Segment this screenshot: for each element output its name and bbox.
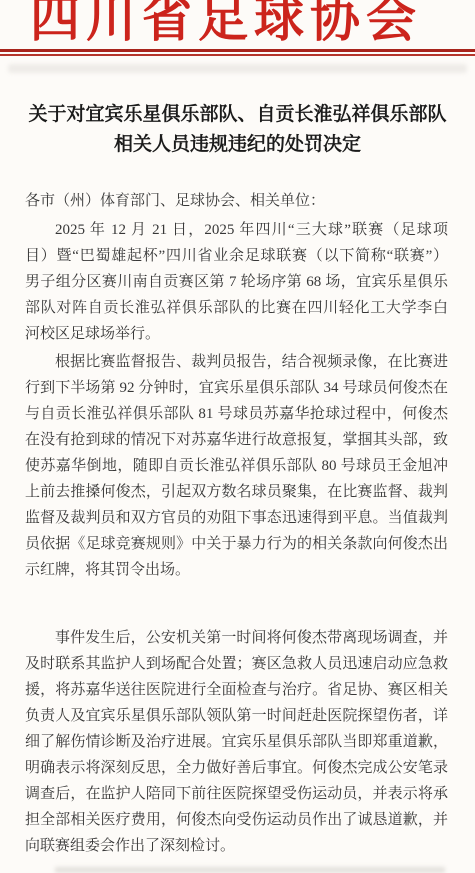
paragraph-1: 2025 年 12 月 21 日，2025 年四川“三大球”联赛（足球项 目）暨…	[25, 217, 448, 347]
body-line: 援，将苏嘉华送往医院进行全面检查与治疗。省足协、赛区相关	[25, 677, 448, 703]
rule-bottom-line	[0, 54, 475, 56]
body-line: 负责人及宜宾乐星俱乐部队领队第一时间赶赴医院探望伤者，详	[25, 703, 448, 729]
body-line: 使苏嘉华倒地，随即自贡长淮弘祥俱乐部队 80 号球员王金旭冲	[25, 453, 448, 479]
document-title-line-2: 相关人员违规违纪的处罚决定	[0, 130, 475, 160]
body-line: 细了解伤情诊断及治疗进展。宜宾乐星俱乐部队当即郑重道歉，	[25, 729, 448, 755]
body-line: 员依据《足球竞赛规则》中关于暴力行为的相关条款向何俊杰出	[25, 531, 448, 557]
body-line: 目）暨“巴蜀雄起杯”四川省业余足球联赛（以下简称“联赛”）	[25, 243, 448, 269]
paragraph-2: 根据比赛监督报告、裁判员报告，结合视频录像，在比赛进 行到下半场第 92 分钟时…	[25, 349, 448, 583]
body-line: 监督及裁判员和双方官员的劝阻下事态迅速得到平息。当值裁判	[25, 505, 448, 531]
body-line: 男子组分区赛川南自贡赛区第 7 轮场序第 68 场，宜宾乐星俱乐	[25, 269, 448, 295]
body-line: 根据比赛监督报告、裁判员报告，结合视频录像，在比赛进	[25, 349, 448, 375]
body-line: 河校区足球场举行。	[25, 321, 448, 347]
body-line: 担全部相关医疗费用，何俊杰向受伤运动员作出了诚恳道歉，并	[25, 807, 448, 833]
body-line: 上前去推搡何俊杰，引起双方数名球员聚集，在比赛监督、裁判	[25, 479, 448, 505]
body-line: 向联赛组委会作出了深刻检讨。	[25, 833, 448, 859]
scan-artifact-band	[8, 64, 467, 73]
document-page: 四川省足球协会 关于对宜宾乐星俱乐部队、自贡长淮弘祥俱乐部队 相关人员违规违纪的…	[0, 0, 475, 873]
body-line: 行到下半场第 92 分钟时，宜宾乐星俱乐部队 34 号球员何俊杰在	[25, 375, 448, 401]
body-line: 在没有抢到球的情况下对苏嘉华进行故意报复，掌掴其头部，致	[25, 427, 448, 453]
body-line: 及时联系其监护人到场配合处置；赛区急救人员迅速启动应急救	[25, 651, 448, 677]
document-title: 关于对宜宾乐星俱乐部队、自贡长淮弘祥俱乐部队 相关人员违规违纪的处罚决定	[0, 100, 475, 160]
body-line: 明确表示将深刻反思，全力做好善后事宜。何俊杰完成公安笔录	[25, 755, 448, 781]
salutation-line: 各市（州）体育部门、足球协会、相关单位：	[25, 188, 448, 214]
body-line: 调查后，在监护人陪同下前往医院探望受伤运动员，并表示将承	[25, 781, 448, 807]
letterhead-double-rule	[0, 49, 475, 56]
document-body: 各市（州）体育部门、足球协会、相关单位： 2025 年 12 月 21 日，20…	[0, 188, 475, 859]
body-line: 部队对阵自贡长淮弘祥俱乐部队的比赛在四川轻化工大学李白	[25, 295, 448, 321]
body-line: 2025 年 12 月 21 日，2025 年四川“三大球”联赛（足球项	[25, 217, 448, 243]
body-line: 事件发生后，公安机关第一时间将何俊杰带离现场调查，并	[25, 625, 448, 651]
letterhead-org-title: 四川省足球协会	[0, 0, 475, 48]
body-line: 与自贡长淮弘祥俱乐部队 81 号球员苏嘉华抢球过程中，何俊杰	[25, 401, 448, 427]
paragraph-3: 事件发生后，公安机关第一时间将何俊杰带离现场调查，并 及时联系其监护人到场配合处…	[25, 625, 448, 859]
cutoff-next-line-ghost	[55, 867, 445, 873]
body-line: 示红牌，将其罚令出场。	[25, 557, 448, 583]
document-title-line-1: 关于对宜宾乐星俱乐部队、自贡长淮弘祥俱乐部队	[0, 100, 475, 130]
